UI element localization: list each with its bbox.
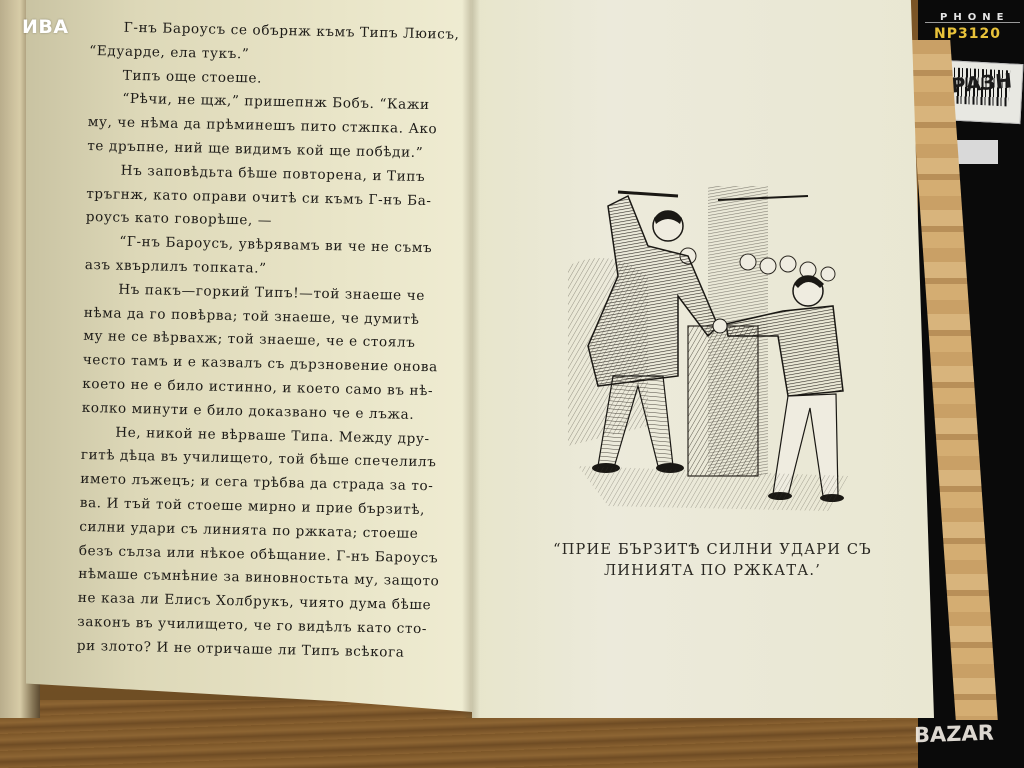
left-page-text: Г-нъ Бароусъ се обърнж къмъ Типъ Люисъ,“… <box>77 16 470 666</box>
engraving-illustration <box>568 176 854 516</box>
caption-line-2: ЛИНИЯТА ПО РЖКАТА.’ <box>545 561 880 582</box>
watermark-top-left: ИВА <box>22 16 69 38</box>
box-label: PHONE <box>940 12 1009 23</box>
caption-line-1: “ПРИЕ БЪРЗИТѢ СИЛНИ УДАРИ СЪ <box>545 540 880 561</box>
photo-scene: PHONE NP3120 РАЗН Г-нъ Бароусъ се обърнж… <box>0 0 1024 768</box>
illustration-caption: “ПРИЕ БЪРЗИТѢ СИЛНИ УДАРИ СЪ ЛИНИЯТА ПО … <box>545 540 880 582</box>
watermark-bazar-logo: BAZAR <box>914 721 994 748</box>
